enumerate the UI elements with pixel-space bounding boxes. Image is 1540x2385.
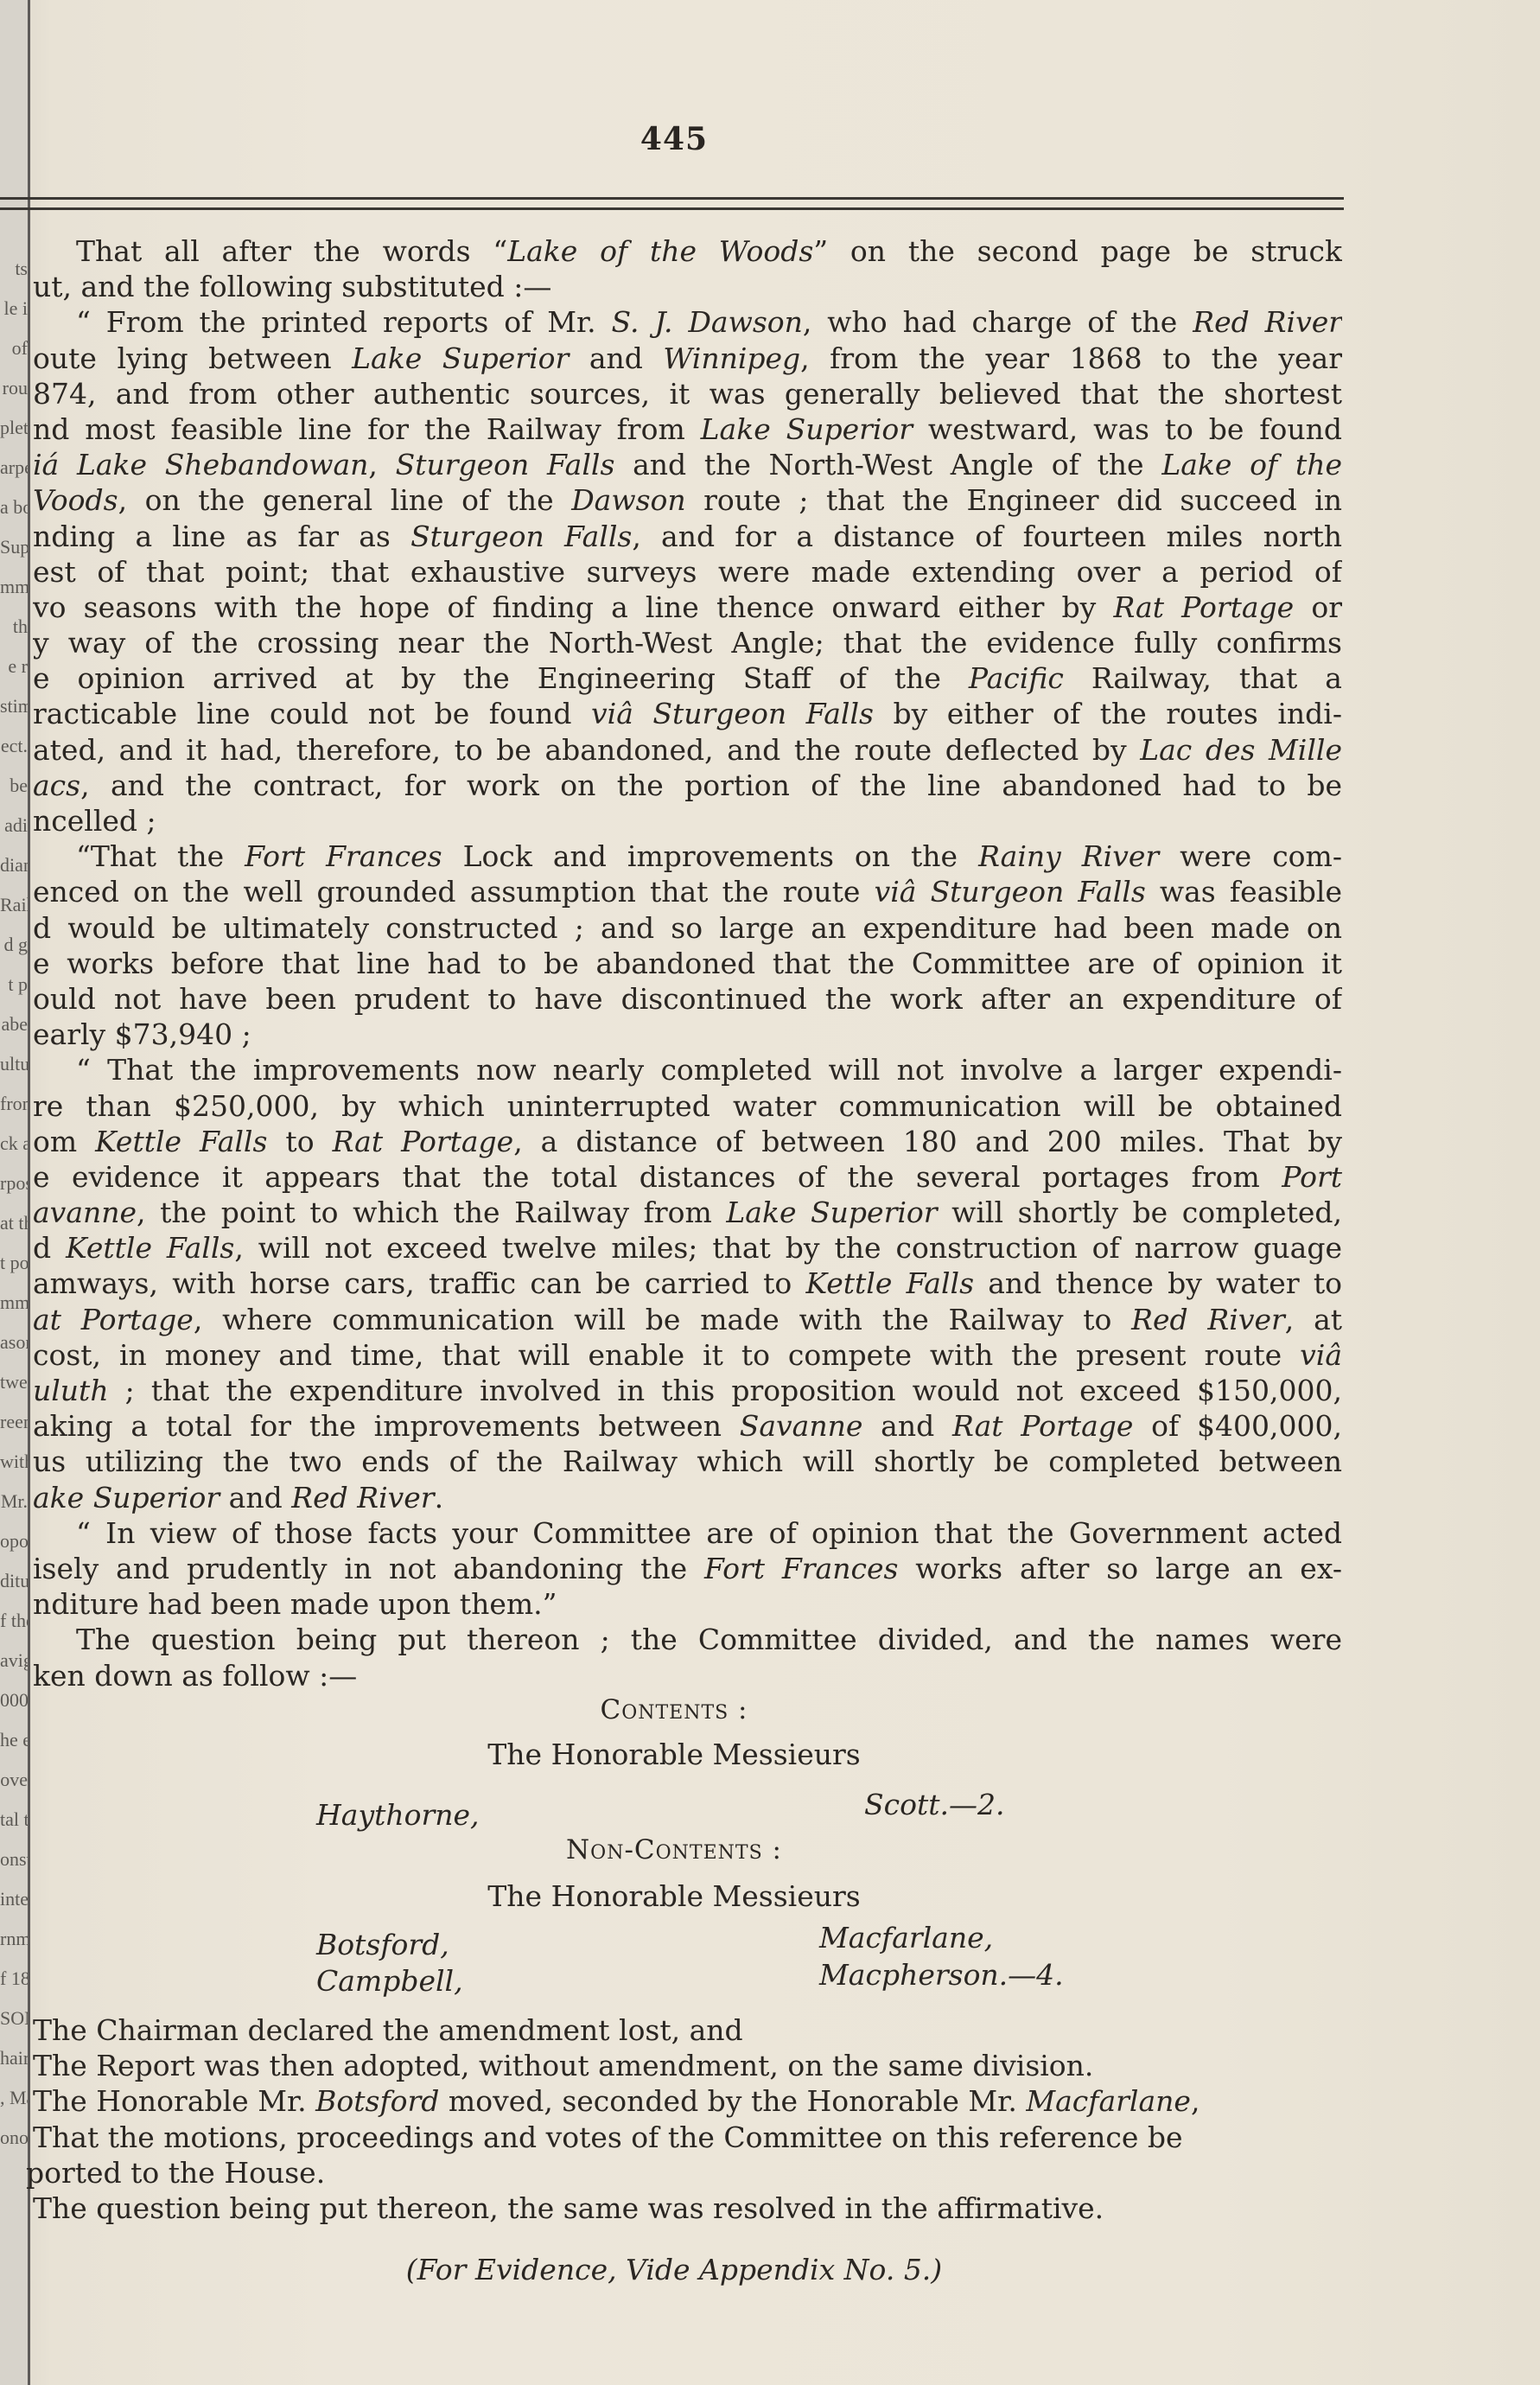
text-line: us utilizing the two ends of the Railway… bbox=[33, 1444, 1342, 1479]
italic-text: Pacific bbox=[969, 661, 1064, 695]
italic-text: S. J. Dawson bbox=[612, 305, 803, 339]
text-line: ake Superior and Red River. bbox=[33, 1480, 1342, 1515]
italic-text: Rat Portage bbox=[333, 1125, 514, 1158]
bleed-fragment: rnme bbox=[0, 1929, 28, 1948]
text-run: or bbox=[1294, 590, 1342, 624]
contents-heading: Contents : bbox=[0, 1694, 1348, 1725]
bleed-fragment: t po bbox=[0, 1253, 28, 1272]
text-line: ported to the House. bbox=[26, 2155, 1346, 2191]
amendment-body: That all after the words “Lake of the Wo… bbox=[33, 233, 1342, 1693]
bleed-fragment: a bo bbox=[0, 498, 28, 517]
bleed-fragment: of bbox=[0, 339, 28, 358]
italic-text: Lake Superior bbox=[701, 412, 913, 446]
bleed-fragment: d g bbox=[0, 935, 28, 954]
bleed-fragment: at th bbox=[0, 1214, 28, 1233]
bleed-fragment: ck a bbox=[0, 1134, 28, 1153]
text-run: amways, with horse cars, traffic can be … bbox=[33, 1266, 805, 1300]
italic-text: Kettle Falls bbox=[95, 1125, 267, 1158]
text-run: ncelled ; bbox=[33, 804, 156, 838]
italic-text: viâ Sturgeon Falls bbox=[875, 875, 1146, 909]
text-run: ut, and the following substituted :— bbox=[33, 270, 551, 303]
bleed-fragment: arpe bbox=[0, 458, 28, 477]
text-run: The question being put thereon ; the Com… bbox=[76, 1623, 1342, 1656]
text-run: , at bbox=[1285, 1303, 1342, 1336]
text-line: racticable line could not be found viâ S… bbox=[33, 696, 1342, 731]
bleed-fragment: stim bbox=[0, 697, 28, 716]
text-line: om Kettle Falls to Rat Portage, a distan… bbox=[33, 1124, 1342, 1159]
text-run: and the North-West Angle of the bbox=[614, 448, 1161, 481]
text-line: isely and prudently in not abandoning th… bbox=[33, 1551, 1342, 1586]
italic-text: Red River bbox=[1131, 1303, 1285, 1336]
text-run: ould not have been prudent to have disco… bbox=[33, 982, 1342, 1016]
text-line: enced on the well grounded assumption th… bbox=[33, 874, 1342, 909]
closing-paragraphs: The Chairman declared the amendment lost… bbox=[33, 2012, 1346, 2226]
text-run: works after so large an ex- bbox=[898, 1552, 1342, 1585]
text-run: route ; that the Engineer did succeed in bbox=[686, 483, 1342, 517]
italic-text: viâ bbox=[1300, 1338, 1342, 1372]
text-line: uluth ; that the expenditure involved in… bbox=[33, 1373, 1342, 1408]
non-contents-intro: The Honorable Messieurs bbox=[0, 1879, 1348, 1913]
bleed-fragment: ultu bbox=[0, 1055, 28, 1074]
bleed-fragment: , Mac bbox=[0, 2088, 28, 2108]
text-run: e evidence it appears that the total dis… bbox=[33, 1160, 1282, 1194]
italic-text: Winnipeg bbox=[663, 341, 800, 375]
text-run: vo seasons with the hope of finding a li… bbox=[33, 590, 1113, 624]
text-run: , will not exceed twelve miles; that by … bbox=[234, 1231, 1342, 1265]
text-run: The Chairman declared the amendment lost… bbox=[33, 2013, 743, 2047]
text-run: cost, in money and time, that will enabl… bbox=[33, 1338, 1300, 1372]
text-run: nding a line as far as bbox=[33, 520, 410, 553]
bleed-fragment: be bbox=[0, 776, 28, 795]
text-run: ated, and it had, therefore, to be aband… bbox=[33, 733, 1140, 767]
italic-text: ake Superior bbox=[33, 1481, 220, 1515]
italic-text: Kettle Falls bbox=[66, 1231, 234, 1265]
text-line: The Report was then adopted, without ame… bbox=[33, 2048, 1346, 2083]
bleed-fragment: reen bbox=[0, 1413, 28, 1432]
text-run: , who had charge of the bbox=[803, 305, 1193, 339]
italic-text: Lake Superior bbox=[352, 341, 569, 375]
text-run: est of that point; that exhaustive surve… bbox=[33, 555, 1342, 589]
non-contents-name: Botsford, bbox=[316, 1928, 449, 1961]
text-line: ut, and the following substituted :— bbox=[33, 269, 1342, 304]
text-run: y way of the crossing near the North-Wes… bbox=[33, 626, 1342, 660]
text-line: ated, and it had, therefore, to be aband… bbox=[33, 732, 1342, 768]
bleed-fragment: tal to bbox=[0, 1810, 28, 1829]
bleed-fragment: Supe bbox=[0, 538, 28, 557]
italic-text: Red River bbox=[291, 1481, 434, 1515]
bleed-fragment: ason bbox=[0, 1333, 28, 1352]
italic-text: Macfarlane bbox=[1026, 2084, 1191, 2118]
text-run: Railway, that a bbox=[1064, 661, 1342, 695]
bleed-fragment: ect. bbox=[0, 737, 28, 756]
bleed-fragment: f 187 bbox=[0, 1969, 28, 1988]
bleed-fragment: th bbox=[0, 617, 28, 636]
italic-text: Voods bbox=[33, 483, 118, 517]
bleed-fragment: hairm bbox=[0, 2049, 28, 2068]
bleed-fragment: f the bbox=[0, 1611, 28, 1630]
text-run: aking a total for the improvements betwe… bbox=[33, 1409, 740, 1443]
text-line: Voods, on the general line of the Dawson… bbox=[33, 482, 1342, 518]
text-run: by either of the routes indi- bbox=[874, 697, 1342, 730]
text-line: cost, in money and time, that will enabl… bbox=[33, 1337, 1342, 1373]
italic-text: acs bbox=[33, 768, 80, 802]
italic-text: Botsford bbox=[315, 2084, 439, 2118]
text-run: Lock and improvements on the bbox=[442, 839, 978, 873]
text-run: of $400,000, bbox=[1133, 1409, 1342, 1443]
text-line: e opinion arrived at by the Engineering … bbox=[33, 660, 1342, 696]
adjacent-page-bleed: tsle iofroupletarpea boSupemmthe rstimec… bbox=[0, 0, 30, 2385]
bleed-fragment: ditu bbox=[0, 1572, 28, 1591]
italic-text: Savanne bbox=[740, 1409, 863, 1443]
text-line: vo seasons with the hope of finding a li… bbox=[33, 590, 1342, 625]
italic-text: Red River bbox=[1193, 305, 1342, 339]
text-run: nditure had been made upon them.” bbox=[33, 1587, 557, 1621]
non-contents-name: Macfarlane, bbox=[819, 1921, 993, 1955]
text-line: nd most feasible line for the Railway fr… bbox=[33, 411, 1342, 447]
bleed-fragment: onora bbox=[0, 2128, 28, 2147]
italic-text: Rat Portage bbox=[952, 1409, 1133, 1443]
bleed-fragment: mm bbox=[0, 577, 28, 596]
text-run: om bbox=[33, 1125, 95, 1158]
text-run: was feasible bbox=[1146, 875, 1342, 909]
text-line: ncelled ; bbox=[33, 803, 1342, 839]
text-line: re than $250,000, by which uninterrupted… bbox=[33, 1088, 1342, 1124]
header-rule-top bbox=[0, 197, 1344, 200]
text-run: The Honorable Mr. bbox=[33, 2084, 315, 2118]
text-run: and bbox=[569, 341, 663, 375]
text-run: early $73,940 ; bbox=[33, 1017, 251, 1051]
page-number: 445 bbox=[0, 121, 1348, 157]
italic-text: Lake of the Woods bbox=[507, 234, 813, 268]
bleed-fragment: e r bbox=[0, 657, 28, 676]
text-line: “ That the improvements now nearly compl… bbox=[33, 1052, 1342, 1087]
text-line: “That the Fort Frances Lock and improvem… bbox=[33, 839, 1342, 874]
bleed-fragment: plet bbox=[0, 418, 28, 437]
text-run: ported to the House. bbox=[26, 2156, 325, 2190]
italic-text: Fort Frances bbox=[245, 839, 442, 873]
italic-text: Dawson bbox=[571, 483, 685, 517]
bleed-fragment: from bbox=[0, 1094, 28, 1113]
italic-text: Sturgeon Falls bbox=[410, 520, 632, 553]
text-line: iá Lake Shebandowan, Sturgeon Falls and … bbox=[33, 447, 1342, 482]
bleed-fragment: mme bbox=[0, 1293, 28, 1312]
non-contents-heading: Non-Contents : bbox=[0, 1834, 1348, 1865]
text-line: d Kettle Falls, will not exceed twelve m… bbox=[33, 1230, 1342, 1266]
non-contents-name: Macpherson.—4. bbox=[819, 1958, 1064, 1992]
text-run: nd most feasible line for the Railway fr… bbox=[33, 412, 701, 446]
bleed-fragment: Rail bbox=[0, 896, 28, 915]
bleed-fragment: rpos bbox=[0, 1174, 28, 1193]
non-contents-name: Campbell, bbox=[316, 1964, 463, 1998]
bleed-fragment: Mr. bbox=[0, 1492, 28, 1511]
bleed-fragment: avig bbox=[0, 1651, 28, 1670]
text-run: “That the bbox=[76, 839, 245, 873]
italic-text: Rat Portage bbox=[1113, 590, 1294, 624]
italic-text: Lac des Mille bbox=[1140, 733, 1342, 767]
text-line: “ From the printed reports of Mr. S. J. … bbox=[33, 304, 1342, 340]
italic-text: Rainy River bbox=[978, 839, 1159, 873]
evidence-reference: (For Evidence, Vide Appendix No. 5.) bbox=[0, 2253, 1348, 2286]
text-run: isely and prudently in not abandoning th… bbox=[33, 1552, 704, 1585]
contents-name: Haythorne, bbox=[316, 1798, 480, 1832]
text-run: d would be ultimately constructed ; and … bbox=[33, 911, 1342, 945]
text-line: 874, and from other authentic sources, i… bbox=[33, 376, 1342, 411]
bleed-fragment: with bbox=[0, 1452, 28, 1471]
text-line: y way of the crossing near the North-Wes… bbox=[33, 625, 1342, 660]
text-line: e evidence it appears that the total dis… bbox=[33, 1159, 1342, 1195]
text-run: oute lying between bbox=[33, 341, 352, 375]
text-run: , a distance of between 180 and 200 mile… bbox=[513, 1125, 1342, 1158]
bleed-fragment: opos bbox=[0, 1532, 28, 1551]
text-run: and bbox=[220, 1481, 291, 1515]
text-run: , bbox=[368, 448, 395, 481]
text-run: , on the general line of the bbox=[118, 483, 572, 517]
text-line: d would be ultimately constructed ; and … bbox=[33, 910, 1342, 946]
text-line: The question being put thereon ; the Com… bbox=[33, 1622, 1342, 1657]
text-line: est of that point; that exhaustive surve… bbox=[33, 554, 1342, 590]
text-run: and thence by water to bbox=[974, 1266, 1342, 1300]
italic-text: viâ Sturgeon Falls bbox=[591, 697, 874, 730]
text-run: ; that the expenditure involved in this … bbox=[109, 1374, 1342, 1407]
text-run: westward, was to be found bbox=[913, 412, 1342, 446]
header-rule-bottom bbox=[0, 207, 1344, 210]
italic-text: Sturgeon Falls bbox=[396, 448, 615, 481]
text-run: were com- bbox=[1159, 839, 1342, 873]
text-run: That all after the words “ bbox=[76, 234, 507, 268]
contents-name: Scott.—2. bbox=[864, 1788, 1004, 1821]
bleed-fragment: ts bbox=[0, 259, 28, 278]
text-line: “ In view of those facts your Committee … bbox=[33, 1515, 1342, 1551]
text-line: acs, and the contract, for work on the p… bbox=[33, 768, 1342, 803]
text-run: will shortly be completed, bbox=[938, 1196, 1342, 1229]
italic-text: Fort Frances bbox=[704, 1552, 898, 1585]
italic-text: Lake of the bbox=[1161, 448, 1342, 481]
text-run: “ In view of those facts your Committee … bbox=[76, 1516, 1342, 1550]
text-run: The question being put thereon, the same… bbox=[33, 2191, 1104, 2225]
text-run: us utilizing the two ends of the Railway… bbox=[33, 1444, 1342, 1478]
text-run: “ That the improvements now nearly compl… bbox=[76, 1053, 1342, 1087]
text-line: ould not have been prudent to have disco… bbox=[33, 981, 1342, 1017]
text-run: re than $250,000, by which uninterrupted… bbox=[33, 1089, 1342, 1123]
text-run: , the point to which the Railway from bbox=[137, 1196, 726, 1229]
text-run: moved, seconded by the Honorable Mr. bbox=[439, 2084, 1026, 2118]
text-line: That the motions, proceedings and votes … bbox=[33, 2120, 1346, 2155]
text-run: “ From the printed reports of Mr. bbox=[76, 305, 612, 339]
text-line: The Honorable Mr. Botsford moved, second… bbox=[33, 2083, 1346, 2119]
text-run: e works before that line had to be aband… bbox=[33, 947, 1342, 980]
text-line: That all after the words “Lake of the Wo… bbox=[33, 233, 1342, 269]
text-line: avanne, the point to which the Railway f… bbox=[33, 1195, 1342, 1230]
text-run: , where communication will be made with … bbox=[194, 1303, 1131, 1336]
text-run: racticable line could not be found bbox=[33, 697, 591, 730]
bleed-fragment: abe bbox=[0, 1015, 28, 1034]
text-run: The Report was then adopted, without ame… bbox=[33, 2049, 1093, 2082]
text-line: oute lying between Lake Superior and Win… bbox=[33, 341, 1342, 376]
text-run: , bbox=[1191, 2084, 1200, 2118]
text-line: The question being put thereon, the same… bbox=[33, 2191, 1346, 2226]
text-line: ken down as follow :— bbox=[33, 1658, 1342, 1693]
bleed-fragment: SON, bbox=[0, 2009, 28, 2028]
bleed-fragment: dian bbox=[0, 856, 28, 875]
text-run: That the motions, proceedings and votes … bbox=[33, 2120, 1183, 2154]
text-run: and bbox=[862, 1409, 952, 1443]
text-run: ” on the second page be struck bbox=[813, 234, 1342, 268]
text-run: . bbox=[435, 1481, 444, 1515]
text-run: enced on the well grounded assumption th… bbox=[33, 875, 875, 909]
text-run: ken down as follow :— bbox=[33, 1659, 357, 1693]
text-line: at Portage, where communication will be … bbox=[33, 1302, 1342, 1337]
text-line: aking a total for the improvements betwe… bbox=[33, 1408, 1342, 1444]
italic-text: Lake Superior bbox=[726, 1196, 937, 1229]
text-line: The Chairman declared the amendment lost… bbox=[33, 2012, 1346, 2048]
text-run: e opinion arrived at by the Engineering … bbox=[33, 661, 969, 695]
text-run: d bbox=[33, 1231, 66, 1265]
text-line: nding a line as far as Sturgeon Falls, a… bbox=[33, 519, 1342, 554]
text-line: amways, with horse cars, traffic can be … bbox=[33, 1266, 1342, 1301]
text-run: , and for a distance of fourteen miles n… bbox=[632, 520, 1342, 553]
text-line: nditure had been made upon them.” bbox=[33, 1586, 1342, 1622]
text-run: 874, and from other authentic sources, i… bbox=[33, 377, 1342, 411]
bleed-fragment: twee bbox=[0, 1373, 28, 1392]
italic-text: iá Lake Shebandowan bbox=[33, 448, 368, 481]
italic-text: avanne bbox=[33, 1196, 137, 1229]
document-page: tsle iofroupletarpea boSupemmthe rstimec… bbox=[0, 0, 1540, 2385]
text-line: e works before that line had to be aband… bbox=[33, 946, 1342, 981]
bleed-fragment: rou bbox=[0, 379, 28, 398]
text-run: to bbox=[267, 1125, 332, 1158]
text-line: early $73,940 ; bbox=[33, 1017, 1342, 1052]
contents-intro: The Honorable Messieurs bbox=[0, 1738, 1348, 1771]
bleed-fragment: t p bbox=[0, 975, 28, 994]
italic-text: uluth bbox=[33, 1374, 109, 1407]
bleed-fragment: le i bbox=[0, 299, 28, 318]
bleed-fragment: ove bbox=[0, 1770, 28, 1789]
text-run: , and the contract, for work on the port… bbox=[80, 768, 1342, 802]
italic-text: Kettle Falls bbox=[805, 1266, 974, 1300]
text-run: , from the year 1868 to the year bbox=[800, 341, 1342, 375]
italic-text: at Portage bbox=[33, 1303, 194, 1336]
bleed-fragment: adi bbox=[0, 816, 28, 835]
italic-text: Port bbox=[1282, 1160, 1342, 1194]
